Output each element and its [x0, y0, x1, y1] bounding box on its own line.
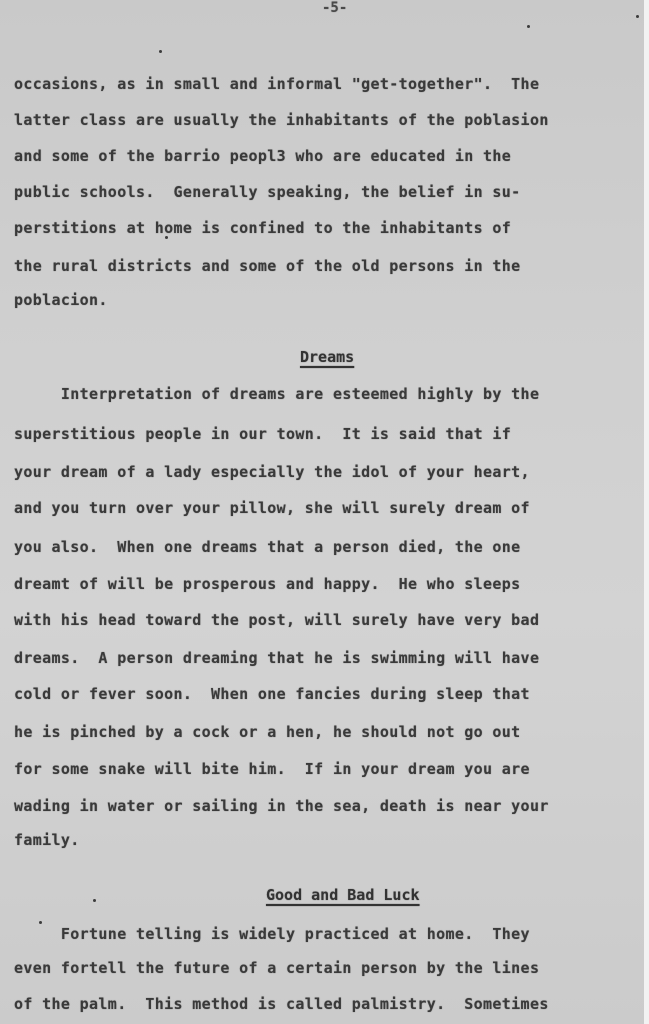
text-line: Fortune telling is widely practiced at h… — [14, 924, 530, 944]
text-line: superstitious people in our town. It is … — [14, 424, 511, 444]
scan-speck — [636, 15, 639, 18]
page-edge — [644, 0, 649, 1024]
text-line: dreamt of will be prosperous and happy. … — [14, 574, 521, 594]
scan-speck — [165, 236, 168, 239]
section-heading-dreams: Dreams — [300, 348, 354, 366]
text-line: family. — [14, 830, 80, 850]
text-line: for some snake will bite him. If in your… — [14, 759, 530, 779]
text-line: of the palm. This method is called palmi… — [14, 994, 549, 1014]
text-line: Interpretation of dreams are esteemed hi… — [14, 384, 539, 404]
section-heading-good-and-bad-luck: Good and Bad Luck — [266, 886, 420, 904]
text-line: perstitions at home is confined to the i… — [14, 218, 511, 238]
text-line: even fortell the future of a certain per… — [14, 958, 539, 978]
text-line: your dream of a lady especially the idol… — [14, 462, 530, 482]
text-line: occasions, as in small and informal "get… — [14, 74, 539, 94]
text-line: and some of the barrio peopl3 who are ed… — [14, 146, 511, 166]
scan-speck — [39, 921, 42, 924]
scanned-document-page: -5- occasions, as in small and informal … — [0, 0, 649, 1024]
scan-speck — [159, 50, 162, 53]
text-line: poblacion. — [14, 290, 108, 310]
text-line: latter class are usually the inhabitants… — [14, 110, 549, 130]
text-line: public schools. Generally speaking, the … — [14, 182, 521, 202]
text-line: you also. When one dreams that a person … — [14, 537, 521, 557]
scan-speck — [93, 899, 96, 902]
text-line: wading in water or sailing in the sea, d… — [14, 796, 549, 816]
text-line: he is pinched by a cock or a hen, he sho… — [14, 722, 521, 742]
text-line: and you turn over your pillow, she will … — [14, 498, 530, 518]
text-line: cold or fever soon. When one fancies dur… — [14, 684, 530, 704]
text-line: dreams. A person dreaming that he is swi… — [14, 648, 539, 668]
text-line: with his head toward the post, will sure… — [14, 610, 539, 630]
scan-speck — [527, 25, 530, 28]
page-number: -5- — [322, 0, 347, 16]
text-line: the rural districts and some of the old … — [14, 256, 521, 276]
